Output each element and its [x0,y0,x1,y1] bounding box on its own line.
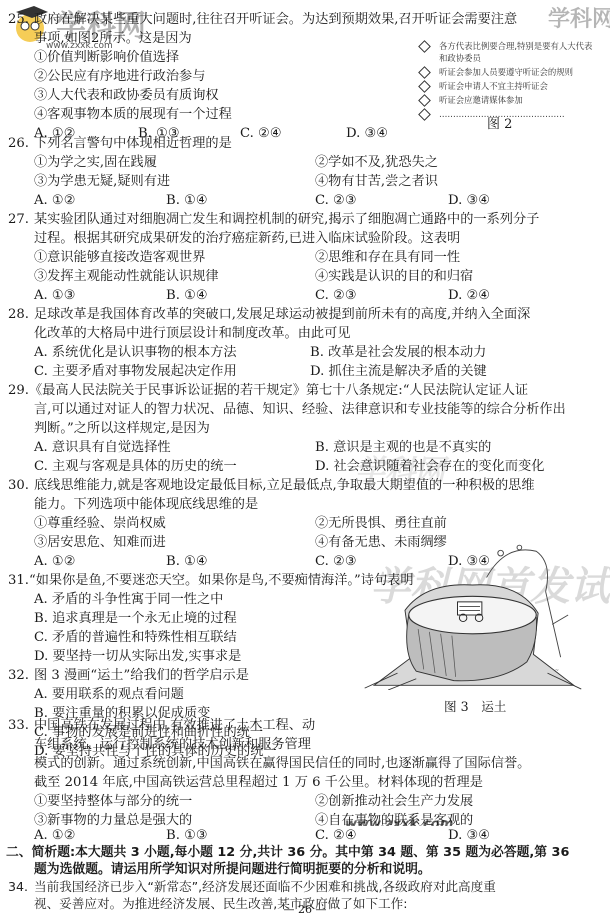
diamond-bullet-icon [418,66,431,79]
question-33-option-d: D. ③④ [448,826,490,846]
question-30-number: 30. [8,476,29,496]
question-28-stem-line1: 足球改革是我国体育改革的突破口,发展足球运动被提到前所未有的高度,并纳入全面深 [34,305,530,325]
question-32-option-a: A. 要用联系的观点看问题 [34,685,184,705]
question-25-stem-line2: 事项,如图2所示。这是因为 [34,29,192,49]
question-33-item-1: ①要坚持整体与部分的统一 [34,792,192,812]
question-30-option-b: B. ①④ [166,552,208,572]
question-33-option-b: B. ①③ [166,826,208,846]
question-30-option-a: A. ①② [34,552,76,572]
question-25-item-1: ①价值判断影响价值选择 [34,48,179,68]
question-30-item-3: ③居安思危、知难而进 [34,533,166,553]
figure-2-row: 听证会应邀请媒体参加 [420,94,523,106]
page-content: 学科网 www.zxxk.com 学科网 学科网首发试卷 学科网 www.zxx… [0,0,610,922]
question-25-option-c: C. ②④ [240,124,282,144]
question-33-stem-line1: 中国高铁在发展过程中,有效推进了土木工程、动 [34,716,315,736]
question-29-stem-line1: 《最高人民法院关于民事诉讼证据的若干规定》第七十八条规定:“人民法院认定证人证 [29,381,528,401]
figure-3-cartoon-image: ~ [355,540,590,690]
question-30-stem-line2: 能力。下列选项中能体现底线思维的是 [34,495,258,515]
question-26-stem: 下列名言警句中体现相近哲理的是 [34,134,232,154]
question-26-item-1: ①为学之实,固在践履 [34,153,157,173]
question-27-stem-line1: 某实验团队通过对细胞凋亡发生和调控机制的研究,揭示了细胞凋亡通路中的一系列分子 [34,210,539,230]
question-28-option-d: D. 抓住主流是解决矛盾的关键 [310,362,487,382]
question-26-option-a: A. ①② [34,191,76,211]
diamond-bullet-icon [418,94,431,107]
question-34-number: 34. [8,877,28,897]
question-29-option-b: B. 意识是主观的也是不真实的 [315,438,491,458]
question-29-stem-line2: 言,可以通过对证人的智力状况、品德、知识、经验、法律意识和专业技能等的综合分析作… [34,400,566,420]
figure-2-checklist: 各方代表比例要合理,特别是要有人大代表 和政协委员 听证会参加人员要遵守听证会的… [420,36,610,132]
figure-2-row: 听证会申请人不宜主持听证会 [420,80,548,92]
question-27-option-d: D. ②④ [448,286,490,306]
diamond-bullet-icon [418,80,431,93]
question-33-stem-line3: 模式的创新。通过系统创新,中国高铁在赢得国民信任的同时,也逐渐赢得了国际信誉。 [34,754,530,774]
watermark-corner: 学科网 [548,10,610,30]
figure-2-row: 听证会参加人员要遵守听证会的规则 [420,66,573,78]
question-33-stem-line2: 车组系统、运行控制系统的技术创新和服务管理 [34,735,311,755]
question-31-option-d: D. 要坚持一切从实际出发,实事求是 [34,647,241,667]
question-27-stem-line2: 过程。根据其研究成果研发的治疗癌症新药,已进入临床试验阶段。这表明 [34,229,460,249]
question-29-option-d: D. 社会意识随着社会存在的变化而变化 [315,457,545,477]
question-33-item-2: ②创新推动社会生产力发展 [315,792,473,812]
question-26-option-d: D. ③④ [448,191,490,211]
question-27-option-a: A. ①③ [34,286,76,306]
question-30-stem-line1: 底线思维能力,就是客观地设定最低目标,立足最低点,争取最大期望值的一种积极的思维 [34,476,535,496]
question-28-number: 28. [8,305,29,325]
question-32-number: 32. [8,666,29,686]
question-26-option-c: C. ②③ [315,191,357,211]
question-30-item-2: ②无所畏惧、勇往直前 [315,514,447,534]
question-32-stem: 图 3 漫画“运土”给我们的哲学启示是 [34,666,249,686]
question-26-number: 26. [8,134,29,154]
question-27-number: 27. [8,210,29,230]
figure-2-row: 各方代表比例要合理,特别是要有人大代表 [420,40,592,52]
question-27-item-2: ②思维和存在具有同一性 [315,248,460,268]
question-26-item-2: ②学如不及,犹恐失之 [315,153,438,173]
question-33-option-c: C. ②④ [315,826,357,846]
diamond-bullet-icon [418,40,431,53]
question-29-number: 29. [8,381,29,401]
question-28-option-b: B. 改革是社会发展的根本动力 [310,343,486,363]
question-25-number: 25. [8,10,29,30]
question-29-stem-line3: 判断。”之所以这样规定,是因为 [34,419,210,439]
question-33-number: 33. [8,716,29,736]
question-27-item-3: ③发挥主观能动性就能认识规律 [34,267,219,287]
q33-options-row: A. ①② B. ①③ C. ②④ D. ③④ [0,826,610,844]
question-31-option-c: C. 矛盾的普遍性和特殊性相互联结 [34,628,237,648]
question-29-option-a: A. 意识具有自觉选择性 [34,438,171,458]
question-26-option-b: B. ①④ [166,191,208,211]
question-33-stem-line4: 截至 2014 年底,中国高铁运营总里程超过 1 万 6 千公里。材料体现的哲理… [34,773,483,793]
question-27-item-4: ④实践是认识的目的和归宿 [315,267,473,287]
diamond-bullet-icon [418,108,431,121]
figure-3-caption: 图 3 运土 [444,697,506,717]
page-number: — 26 — [0,903,610,917]
question-25-stem-line1: 政府在解决某些重大问题时,往往召开听证会。为达到预期效果,召开听证会需要注意 [34,10,517,30]
question-31-option-a: A. 矛盾的斗争性寓于同一性之中 [34,590,223,610]
question-26-item-4: ④物有甘苦,尝之者识 [315,172,438,192]
question-31-number: 31. [8,571,29,591]
question-27-item-1: ①意识能够直接改造客观世界 [34,248,205,268]
question-25-item-3: ③人大代表和政协委员有质询权 [34,86,219,106]
question-26-item-3: ③为学患无疑,疑则有进 [34,172,170,192]
question-28-option-c: C. 主要矛盾对事物发展起决定作用 [34,362,237,382]
question-25-option-d: D. ③④ [346,124,388,144]
question-30-item-1: ①尊重经验、崇尚权威 [34,514,166,534]
question-28-stem-line2: 化改革的大格局中进行顶层设计和制度改革。由此可见 [34,324,351,344]
figure-2-row-continued: 和政协委员 [439,52,481,64]
question-29-option-c: C. 主观与客观是具体的历史的统一 [34,457,237,477]
question-28-option-a: A. 系统优化是认识事物的根本方法 [34,343,237,363]
question-33-option-a: A. ①② [34,826,76,846]
svg-text:~: ~ [555,668,559,673]
question-31-option-b: B. 追求真理是一个永无止境的过程 [34,609,237,629]
question-30-option-c: C. ②③ [315,552,357,572]
question-27-option-b: B. ①④ [166,286,208,306]
question-27-option-c: C. ②③ [315,286,357,306]
figure-2-caption: 图 2 [487,115,512,135]
question-25-item-4: ④客观事物本质的展现有一个过程 [34,105,232,125]
question-25-item-2: ②公民应有序地进行政治参与 [34,67,205,87]
page-canvas: 学科网 www.zxxk.com 学科网 学科网首发试卷 学科网 www.zxx… [0,0,610,922]
